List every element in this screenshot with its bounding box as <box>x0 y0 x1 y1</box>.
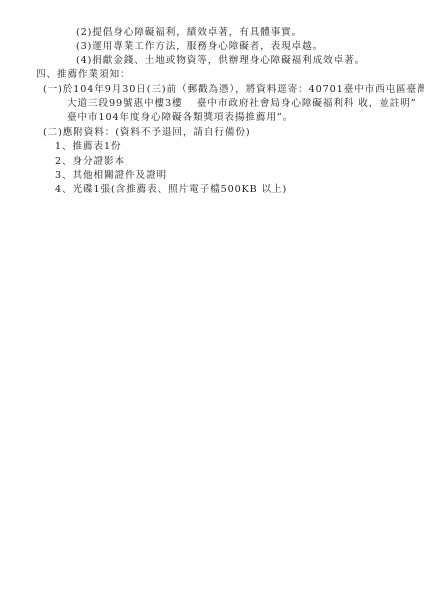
section-heading: 四、推薦作業須知： <box>36 69 130 81</box>
submission-instruction-line-2: 大道三段99號惠中樓3樓 臺中市政府社會局身心障礙福利科 收，並註明” <box>67 98 417 110</box>
criterion-4: (4)捐獻金錢、土地或物資等，供辦理身心障礙福利成效卓著。 <box>76 55 365 67</box>
attachments-heading: (二)應附資料：(資料不予退回，請自行備份) <box>43 127 250 139</box>
criterion-3: (3)運用專業工作方法，服務身心障礙者，表現卓越。 <box>76 41 323 53</box>
submission-instruction-line-1: (一)於104年9月30日(三)前（郵戳為憑），將資料逕寄：40701臺中市西屯… <box>43 84 424 96</box>
attachment-item: 3、其他相關證件及證明 <box>55 170 167 182</box>
submission-instruction-line-3: 臺中市104年度身心障礙各類獎項表揚推薦用”。 <box>67 112 293 124</box>
attachment-item: 4、光碟1張(含推薦表、照片電子檔500KB 以上) <box>55 184 287 196</box>
document-page: (2)提倡身心障礙福利，績效卓著，有具體事實。 (3)運用專業工作方法，服務身心… <box>0 0 424 600</box>
attachment-item: 1、推薦表1份 <box>55 141 121 153</box>
criterion-2: (2)提倡身心障礙福利，績效卓著，有具體事實。 <box>76 27 302 39</box>
attachment-item: 2、身分證影本 <box>55 156 125 168</box>
